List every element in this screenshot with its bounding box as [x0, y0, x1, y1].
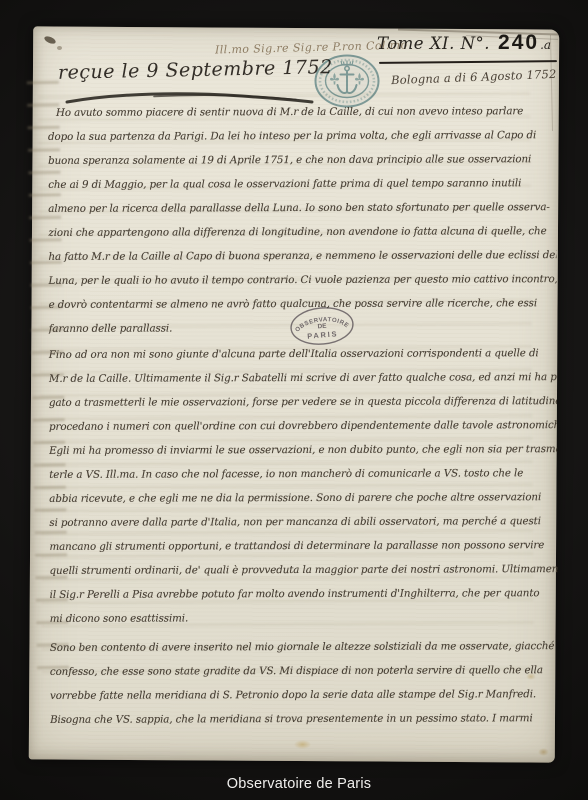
document-number-suffix: .a — [540, 38, 551, 52]
manuscript-line: quelli strumenti ordinarii, de' quali è … — [49, 557, 557, 583]
photo-caption: Observatoire de Paris — [0, 776, 588, 792]
manuscript-line: che ai 9 di Maggio, per la qual cosa le … — [48, 171, 556, 197]
manuscript-line: zioni che appartengono alla differenza d… — [48, 219, 556, 245]
letter-body: Ho avuto sommo piacere di sentir nuova d… — [48, 99, 558, 732]
manuscript-line: Luna, per le quali io ho avuto il tempo … — [48, 267, 556, 293]
manuscript-line: mi dicono sono esattissimi. — [50, 605, 558, 631]
manuscript-line: Ho avuto sommo piacere di sentir nuova d… — [48, 99, 556, 125]
observatory-anchor-stamp — [311, 51, 383, 111]
paragraph: Ho avuto sommo piacere di sentir nuova d… — [48, 99, 557, 341]
manuscript-line: gato a trasmetterli le mie osservazioni,… — [49, 389, 557, 415]
manuscript-line: Egli mi ha promesso di inviarmi le sue o… — [49, 437, 557, 463]
manuscript-line: dopo la sua partenza da Parigi. Da lei h… — [48, 123, 556, 149]
manuscript-line: mancano gli strumenti opportuni, e tratt… — [49, 533, 557, 559]
document-number: 240 — [498, 31, 539, 55]
manuscript-line: confesso, che esse sono state gradite da… — [50, 658, 558, 684]
archive-tome-number: Tome XI. N°. 240 .a — [377, 31, 551, 55]
manuscript-line: si potranno avere dalla parte d'Italia, … — [49, 509, 557, 535]
paragraph: Fino ad ora non mi sono giunte d'alcuna … — [49, 341, 558, 631]
manuscript-line: almeno per la ricerca della parallasse d… — [48, 195, 556, 221]
manuscript-line: ha fatto M.r de la Caille al Capo di buo… — [48, 243, 556, 269]
manuscript-line: Sono ben contento di avere inserito nel … — [50, 634, 558, 660]
paragraph: Sono ben contento di avere inserito nel … — [50, 634, 558, 732]
manuscript-line: terle a VS. Ill.ma. In caso che nol face… — [49, 461, 557, 487]
tome-label: Tome XI. N°. — [377, 34, 490, 53]
manuscript-photo: Ill.mo Sig.re Sig.re P.ron Col.mo Tome X… — [0, 0, 588, 800]
manuscript-line: Bisogna che VS. sappia, che la meridiana… — [50, 706, 558, 732]
manuscript-line: vorrebbe fatte nella meridiana di S. Pet… — [50, 682, 558, 708]
manuscript-line: procedano i numeri con quell'ordine con … — [49, 413, 557, 439]
manuscript-line: il Sig.r Perelli a Pisa avrebbe potuto f… — [50, 581, 558, 607]
observatoire-paris-stamp: OBSERVATOIRE DE PARIS — [286, 302, 357, 350]
stamp-text-bottom: PARIS — [307, 329, 339, 341]
manuscript-line: buona speranza solamente ai 19 di Aprile… — [48, 147, 556, 173]
manuscript-line: M.r de la Caille. Ultimamente il Sig.r S… — [49, 365, 557, 391]
manuscript-line: abbia ricevute, e che egli me ne dia la … — [49, 485, 557, 511]
